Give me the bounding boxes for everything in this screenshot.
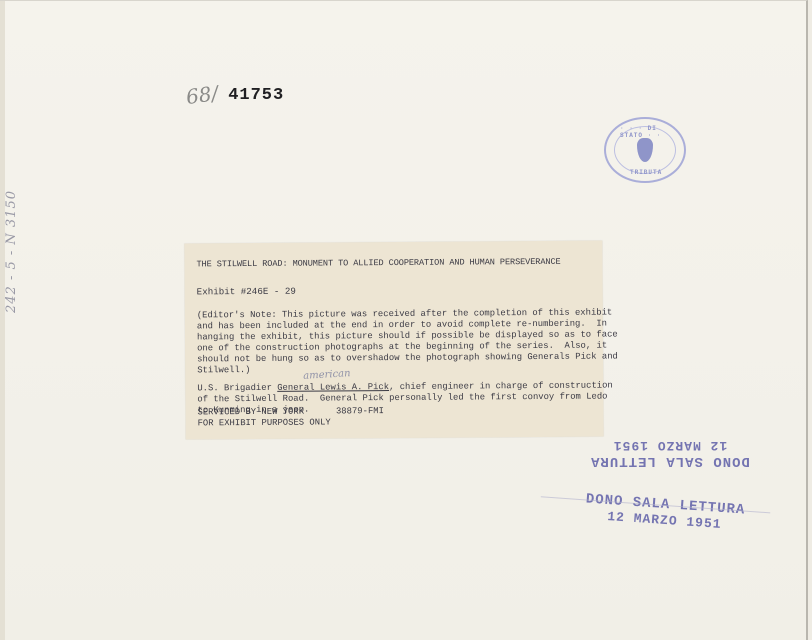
seal-ring-top-text: · · · DI STATO · ·	[620, 125, 684, 139]
caption-clipping: THE STILWELL ROAD: MONUMENT TO ALLIED CO…	[184, 241, 603, 440]
caption-subject: General Lewis A. Pick	[277, 382, 389, 393]
stamp-line-1: DONO SALA LETTURA	[560, 453, 780, 469]
library-seal-stamp: · · · DI STATO · · TRIBUTA	[604, 117, 686, 183]
editors-note: (Editor's Note: This picture was receive…	[197, 308, 597, 377]
stamp-line-2: 12 MARZO 1951	[560, 438, 780, 453]
serviced-by-line: SERVICED BY NEW YORK 38879-FMI	[197, 406, 383, 418]
exhibit-number: Exhibit #246E - 29	[197, 286, 296, 298]
seal-ring-bottom-text: TRIBUTA	[630, 169, 662, 176]
sheet-left-edge	[0, 1, 5, 640]
handwritten-annotation: american	[303, 368, 351, 382]
catalog-id: 41753	[228, 86, 284, 105]
purpose-line: FOR EXHIBIT PURPOSES ONLY	[198, 417, 331, 429]
caption-prefix: U.S. Brigadier	[197, 383, 277, 394]
handwritten-prefix: 68/	[184, 81, 219, 109]
pencil-margin-note: 242 - 5 - N 3150	[4, 190, 19, 313]
catalog-number: 68/ 41753	[186, 83, 284, 107]
photo-back-sheet: 68/ 41753 242 - 5 - N 3150 · · · DI STAT…	[0, 0, 808, 640]
date-stamp-inverted: DONO SALA LETTURA 12 MARZO 1951	[560, 438, 780, 469]
clipping-headline: THE STILWELL ROAD: MONUMENT TO ALLIED CO…	[196, 257, 560, 271]
date-stamp-upright: DONO SALA LETTURA 12 MARZO 1951	[559, 490, 771, 536]
